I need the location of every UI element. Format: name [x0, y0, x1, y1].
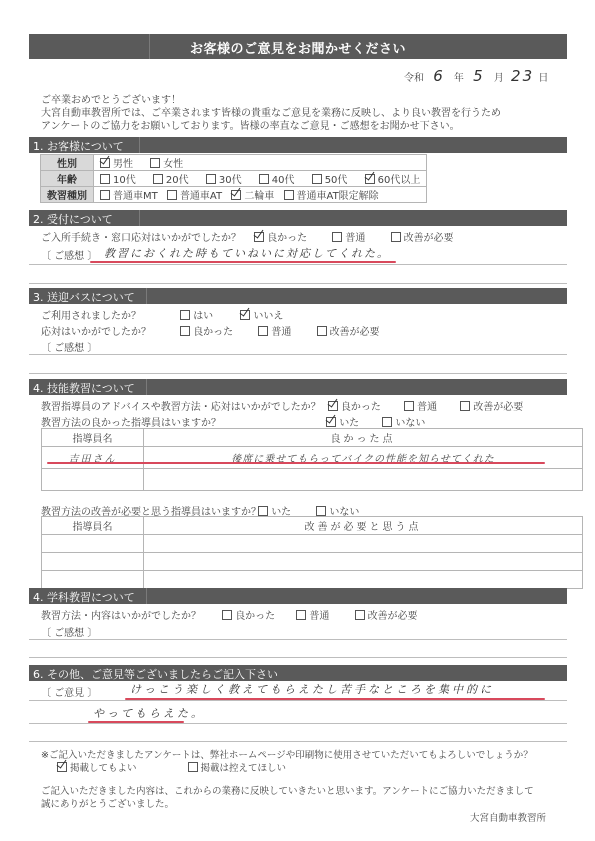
option-label: 改善が必要 — [368, 611, 418, 622]
age-40s-option[interactable]: 40代 — [259, 175, 295, 186]
option-label: 改善が必要 — [473, 402, 523, 413]
checkbox-icon[interactable] — [259, 174, 269, 184]
checkbox-checked-icon[interactable] — [57, 762, 67, 772]
classroom-comment-label: 〔 ご感想 〕 — [41, 624, 97, 639]
option-label: 良かった — [341, 402, 381, 413]
course-mt-option[interactable]: 普通車MT — [100, 191, 158, 202]
comment-rule — [29, 354, 567, 355]
option-label: 掲載は控えてほしい — [201, 763, 287, 774]
advice-normal-option[interactable]: 普通 — [404, 402, 437, 413]
bus-no-option[interactable]: いいえ — [240, 311, 283, 322]
improve-points-cell[interactable] — [144, 535, 583, 553]
section-1-title: 1. お客様について — [33, 138, 124, 154]
course-type-label: 教習種別 — [41, 187, 94, 203]
bar-divider — [139, 137, 140, 153]
section-1-header: 1. お客様について — [29, 137, 567, 153]
option-label: 女性 — [163, 159, 183, 170]
improve-instructor-table: 指導員名 改善が必要と思う点 — [41, 516, 583, 589]
checkbox-icon[interactable] — [100, 174, 110, 184]
instructor-name-cell[interactable] — [42, 469, 144, 491]
classroom-normal-option[interactable]: 普通 — [296, 611, 329, 622]
good-instructor-question: 教習方法の良かった指導員はいますか？ — [41, 414, 323, 429]
section-3-header: 3. 送迎バスについて — [29, 288, 567, 304]
option-label: 改善が必要 — [330, 327, 380, 338]
checkbox-icon[interactable] — [222, 610, 232, 620]
checkbox-checked-icon[interactable] — [365, 174, 375, 184]
bus-comment-label: 〔 ご感想 〕 — [41, 339, 97, 354]
checkbox-icon[interactable] — [153, 174, 163, 184]
instructor-name-cell[interactable] — [42, 553, 144, 571]
bus-service-row: 応対はいかがでしたか？ 良かった 普通 改善が必要 — [41, 323, 394, 338]
age-options: 10代 20代 30代 40代 50代 60代以上 — [94, 171, 427, 187]
age-60s-option[interactable]: 60代以上 — [365, 175, 421, 186]
section-6-header: 6. その他、ご意見等ございましたらご記入下さい — [29, 665, 567, 681]
table-row — [42, 553, 583, 571]
good-instructor-table: 指導員名 良かった点 吉田さん 後席に乗せてもらってバイクの性能を知らせてくれた — [41, 428, 583, 491]
improve-points-cell[interactable] — [144, 553, 583, 571]
option-label: 10代 — [113, 175, 136, 186]
reception-comment[interactable]: 教習におくれた時もていねいに対応してくれた。 — [104, 245, 390, 261]
comment-rule — [29, 723, 567, 724]
consent-options-row: 掲載してもよい 掲載は控えてほしい — [57, 760, 300, 774]
checkbox-icon[interactable] — [150, 158, 160, 168]
instructor-advice-row: 教習指導員のアドバイスや教習方法・応対はいかがでしたか？ 良かった 普通 改善が… — [41, 398, 537, 413]
checkbox-checked-icon[interactable] — [240, 310, 250, 320]
course-type-row: 教習種別 普通車MT 普通車AT 二輪車 普通車AT限定解除 — [41, 187, 427, 203]
bus-improve-option[interactable]: 改善が必要 — [317, 327, 380, 338]
handwriting-underline — [47, 462, 545, 464]
section-4-title: 4. 技能教習について — [33, 380, 135, 396]
option-label: 50代 — [325, 175, 348, 186]
checkbox-checked-icon[interactable] — [231, 190, 241, 200]
checkbox-icon[interactable] — [296, 610, 306, 620]
checkbox-icon[interactable] — [167, 190, 177, 200]
advice-improve-option[interactable]: 改善が必要 — [460, 402, 523, 413]
classroom-improve-option[interactable]: 改善が必要 — [355, 611, 418, 622]
section-2-header: 2. 受付について — [29, 210, 567, 226]
bar-divider — [146, 288, 147, 304]
instructor-name-cell[interactable]: 吉田さん — [42, 447, 144, 469]
checkbox-icon[interactable] — [100, 190, 110, 200]
consent-decline-option[interactable]: 掲載は控えてほしい — [188, 763, 287, 774]
table-row: 吉田さん 後席に乗せてもらってバイクの性能を知らせてくれた — [42, 447, 583, 469]
option-label: 普通車AT限定解除 — [297, 191, 379, 202]
bus-use-question: ご利用されましたか？ — [41, 307, 177, 322]
date-month[interactable]: 5 — [473, 67, 485, 85]
checkbox-icon[interactable] — [316, 506, 326, 516]
age-label: 年齢 — [41, 171, 94, 187]
option-label: 良かった — [267, 233, 307, 244]
option-label: 改善が必要 — [404, 233, 454, 244]
customer-info-table: 性別 男性 女性 年齢 10代 20代 30代 40代 50代 60代以上 教習… — [40, 154, 427, 203]
good-points-cell[interactable] — [144, 469, 583, 491]
reception-comment-label: 〔 ご感想 〕 — [41, 247, 97, 262]
option-label: 20代 — [166, 175, 189, 186]
checkbox-icon[interactable] — [258, 506, 268, 516]
section-4-header: 4. 技能教習について — [29, 379, 567, 395]
table-row — [42, 535, 583, 553]
good-points-cell[interactable]: 後席に乗せてもらってバイクの性能を知らせてくれた — [144, 447, 583, 469]
date-day-unit: 日 — [538, 73, 548, 84]
bus-normal-option[interactable]: 普通 — [258, 327, 291, 338]
checkbox-icon[interactable] — [460, 401, 470, 411]
date-line: 令和 6 年 5 月 23 日 — [404, 67, 548, 85]
option-label: 普通 — [417, 402, 437, 413]
comment-rule — [29, 639, 567, 640]
good-points-header: 良かった点 — [144, 429, 583, 447]
age-50s-option[interactable]: 50代 — [312, 175, 348, 186]
table-row — [42, 469, 583, 491]
option-label: 40代 — [272, 175, 295, 186]
section-5-header: 4. 学科教習について — [29, 588, 567, 604]
instructor-name-header: 指導員名 — [42, 517, 144, 535]
course-at-option[interactable]: 普通車AT — [167, 191, 222, 202]
reception-question-row: ご入所手続き・窓口応対はいかがでしたか？ 良かった 普通 改善が必要 — [41, 229, 468, 244]
bar-divider — [146, 588, 147, 604]
option-label: 普通 — [271, 327, 291, 338]
other-comment-line-1[interactable]: けっこう楽しく教えてもらえたし苦手なところを集中的に — [130, 681, 494, 697]
date-day[interactable]: 23 — [511, 67, 534, 85]
signature: 大宮自動車教習所 — [470, 810, 546, 824]
option-label: 30代 — [219, 175, 242, 186]
gender-male-option[interactable]: 男性 — [100, 159, 133, 170]
improve-points-header: 改善が必要と思う点 — [144, 517, 583, 535]
bus-use-row: ご利用されましたか？ はい いいえ — [41, 307, 297, 322]
comment-rule — [29, 283, 567, 284]
table-row — [42, 571, 583, 589]
option-label: いいえ — [253, 311, 283, 322]
improve-points-cell[interactable] — [144, 571, 583, 589]
checkbox-checked-icon[interactable] — [100, 158, 110, 168]
survey-title-bar: お客様のご意見をお聞かせください — [29, 34, 567, 59]
checkbox-icon[interactable] — [317, 326, 327, 336]
checkbox-checked-icon[interactable] — [254, 232, 264, 242]
checkbox-icon[interactable] — [188, 762, 198, 772]
checkbox-checked-icon[interactable] — [326, 417, 336, 427]
gender-female-option[interactable]: 女性 — [150, 159, 183, 170]
checkbox-icon[interactable] — [382, 417, 392, 427]
comment-rule — [29, 741, 567, 742]
date-year-unit: 年 — [454, 73, 464, 84]
reception-improve-option[interactable]: 改善が必要 — [391, 233, 454, 244]
option-label: 60代以上 — [378, 175, 421, 186]
checkbox-icon[interactable] — [180, 326, 190, 336]
course-at-release-option[interactable]: 普通車AT限定解除 — [284, 191, 379, 202]
instructor-advice-question: 教習指導員のアドバイスや教習方法・応対はいかがでしたか？ — [41, 402, 321, 413]
instructor-name-cell[interactable] — [42, 571, 144, 589]
age-20s-option[interactable]: 20代 — [153, 175, 189, 186]
checkbox-checked-icon[interactable] — [328, 401, 338, 411]
comment-rule — [29, 657, 567, 658]
good-instructor-row: 教習方法の良かった指導員はいますか？ いた いない — [41, 414, 439, 429]
checkbox-icon[interactable] — [391, 232, 401, 242]
closing-line-1: ご記入いただきました内容は、これからの業務に反映していきたいと思います。アンケー… — [41, 783, 534, 797]
checkbox-icon[interactable] — [332, 232, 342, 242]
age-30s-option[interactable]: 30代 — [206, 175, 242, 186]
option-label: はい — [193, 311, 213, 322]
gender-row: 性別 男性 女性 — [41, 155, 427, 171]
intro-line-3: アンケートのご協力をお願いしております。皆様の率直なご意見・ご感想をお聞かせ下さ… — [41, 117, 460, 132]
gender-options: 男性 女性 — [94, 155, 427, 171]
date-year[interactable]: 6 — [433, 67, 445, 85]
advice-good-option[interactable]: 良かった — [328, 402, 381, 413]
reception-question: ご入所手続き・窓口応対はいかがでしたか？ — [41, 233, 241, 244]
section-6-title: 6. その他、ご意見等ございましたらご記入下さい — [33, 666, 278, 682]
checkbox-icon[interactable] — [258, 326, 268, 336]
checkbox-icon[interactable] — [284, 190, 294, 200]
checkbox-icon[interactable] — [180, 310, 190, 320]
instructor-name-cell[interactable] — [42, 535, 144, 553]
option-label: 掲載してもよい — [70, 763, 137, 774]
consent-allow-option[interactable]: 掲載してもよい — [57, 763, 137, 774]
date-month-unit: 月 — [494, 73, 504, 84]
option-label: 普通 — [345, 233, 365, 244]
section-3-title: 3. 送迎バスについて — [33, 289, 135, 305]
option-label: 男性 — [113, 159, 133, 170]
comment-rule — [29, 700, 567, 701]
option-label: 普通車AT — [180, 191, 222, 202]
bar-divider — [139, 210, 140, 226]
gender-label: 性別 — [41, 155, 94, 171]
classroom-good-option[interactable]: 良かった — [222, 611, 275, 622]
table-header-row: 指導員名 良かった点 — [42, 429, 583, 447]
course-type-options: 普通車MT 普通車AT 二輪車 普通車AT限定解除 — [94, 187, 427, 203]
checkbox-icon[interactable] — [206, 174, 216, 184]
handwriting-underline — [90, 261, 396, 263]
reception-normal-option[interactable]: 普通 — [332, 233, 365, 244]
age-row: 年齢 10代 20代 30代 40代 50代 60代以上 — [41, 171, 427, 187]
bus-yes-option[interactable]: はい — [180, 311, 213, 322]
bus-good-option[interactable]: 良かった — [180, 327, 233, 338]
other-comment-line-2[interactable]: やってもらえた。 — [93, 705, 205, 721]
consent-question: ※ご記入いただきましたアンケートは、弊社ホームページや印刷物に使用させていただい… — [41, 747, 533, 761]
checkbox-icon[interactable] — [312, 174, 322, 184]
classroom-question: 教習方法・内容はいかがでしたか？ — [41, 607, 219, 622]
date-era: 令和 — [404, 73, 424, 84]
option-label: 普通 — [309, 611, 329, 622]
table-header-row: 指導員名 改善が必要と思う点 — [42, 517, 583, 535]
comment-rule — [29, 373, 567, 374]
course-motorcycle-option[interactable]: 二輪車 — [231, 191, 274, 202]
option-label: 良かった — [193, 327, 233, 338]
option-label: 良かった — [235, 611, 275, 622]
comment-rule — [29, 264, 567, 265]
reception-good-option[interactable]: 良かった — [254, 233, 307, 244]
closing-line-2: 誠にありがとうございました。 — [41, 796, 174, 810]
checkbox-icon[interactable] — [355, 610, 365, 620]
option-label: 二輪車 — [244, 191, 274, 202]
age-10s-option[interactable]: 10代 — [100, 175, 136, 186]
other-comment-label: 〔 ご意見 〕 — [41, 684, 97, 699]
checkbox-icon[interactable] — [404, 401, 414, 411]
classroom-question-row: 教習方法・内容はいかがでしたか？ 良かった 普通 改善が必要 — [41, 607, 432, 622]
section-2-title: 2. 受付について — [33, 211, 113, 227]
option-label: 普通車MT — [113, 191, 158, 202]
bus-service-question: 応対はいかがでしたか？ — [41, 323, 177, 338]
bar-divider — [146, 379, 147, 395]
section-5-title: 4. 学科教習について — [33, 589, 135, 605]
instructor-name-header: 指導員名 — [42, 429, 144, 447]
survey-title: お客様のご意見をお聞かせください — [29, 38, 567, 57]
